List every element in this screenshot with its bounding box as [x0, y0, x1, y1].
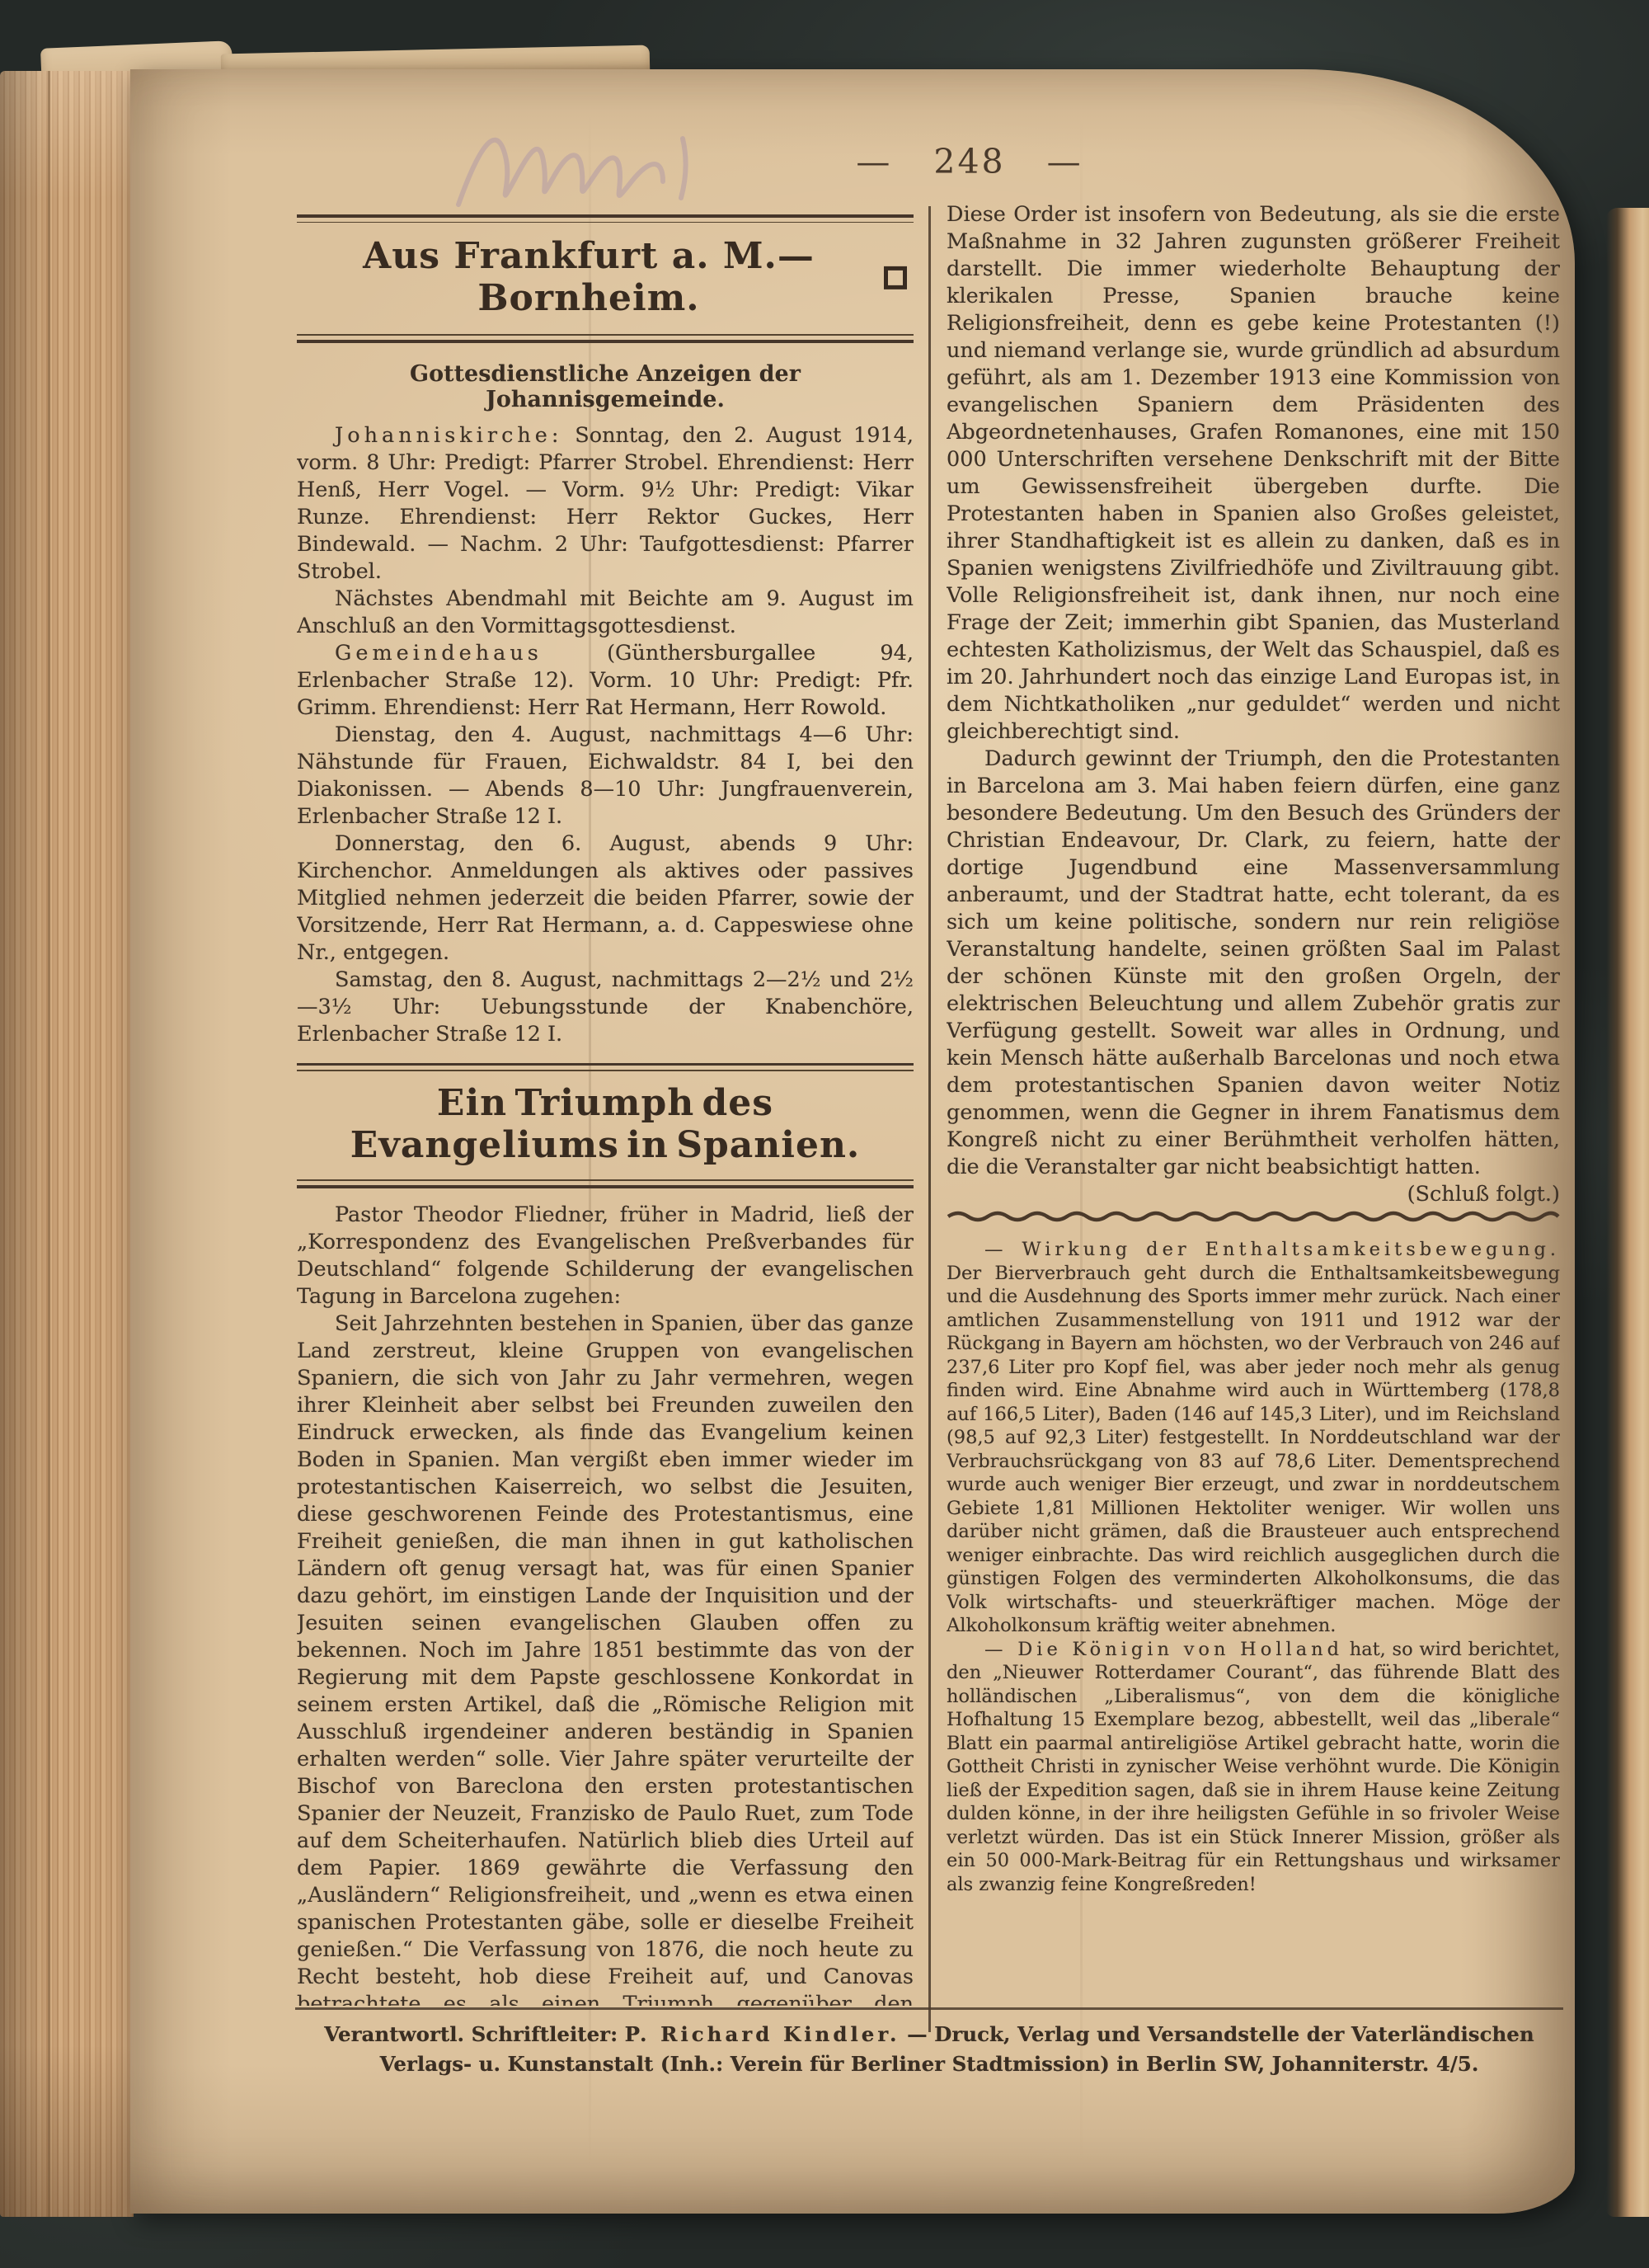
book-photograph: — 248 — Aus Frankfurt a. M.—Bornheim. Go…	[0, 0, 1649, 2268]
paragraph: Donnerstag, den 6. August, abends 9 Uhr:…	[297, 831, 914, 967]
spaced-lead: — Die Königin von Holland	[984, 1639, 1343, 1660]
header-rule-thick	[297, 214, 914, 218]
header-rule-thick	[297, 340, 914, 343]
paragraph: Johanniskirche: Sonntag, den 2. August 1…	[297, 422, 914, 586]
page-number: — 248 —	[813, 142, 1126, 181]
paragraph-text: Der Bierverbrauch geht durch die Enthalt…	[947, 1263, 1560, 1637]
church-notices-subtitle: Gottesdienstliche Anzeigen der Johannisg…	[297, 361, 914, 412]
section-header-frankfurt: Aus Frankfurt a. M.—Bornheim.	[297, 214, 914, 343]
paragraph-text: Diese Order ist insofern von Bedeutung, …	[947, 202, 1560, 744]
left-column: Aus Frankfurt a. M.—Bornheim. Gottesdien…	[297, 214, 914, 2006]
paragraph: Dadurch gewinnt der Triumph, den die Pro…	[947, 746, 1560, 1181]
paragraph-text: Dienstag, den 4. August, nachmittags 4—6…	[297, 722, 914, 829]
paragraph-text: Seit Jahrzehnten bestehen in Spanien, üb…	[297, 1311, 914, 2006]
paragraph: Diese Order ist insofern von Bedeutung, …	[947, 201, 1560, 746]
book-page-edges	[0, 71, 134, 2217]
paragraph: Samstag, den 8. August, nachmittags 2—2½…	[297, 967, 914, 1048]
spaced-lead: — Wirkung der Enthaltsamkeitsbewegung.	[984, 1239, 1560, 1260]
adjacent-page-edge	[1606, 208, 1649, 2217]
paragraph: Dienstag, den 4. August, nachmittags 4—6…	[297, 722, 914, 831]
section-title: Aus Frankfurt a. M.—Bornheim.	[297, 223, 914, 334]
paragraph-text: Donnerstag, den 6. August, abends 9 Uhr:…	[297, 831, 914, 965]
imprint-prefix: Verantwortl. Schriftleiter:	[324, 2022, 624, 2046]
imprint-line-2: Verlags- u. Kunstanstalt (Inh.: Verein f…	[295, 2049, 1563, 2079]
footer-rule	[295, 2007, 1563, 2010]
header-rule-thick	[297, 1063, 914, 1066]
imprint-line-1: Verantwortl. Schriftleiter: P. Richard K…	[295, 2020, 1563, 2049]
header-rule-thick	[297, 1185, 914, 1188]
footer-imprint: Verantwortl. Schriftleiter: P. Richard K…	[295, 2007, 1563, 2079]
paragraph: Seit Jahrzehnten bestehen in Spanien, üb…	[297, 1310, 914, 2006]
header-rule-thin	[297, 1179, 914, 1181]
paragraph-text: Nächstes Abendmahl mit Beichte am 9. Aug…	[297, 586, 914, 638]
paragraph-text: hat, so wird berichtet, den „Nieuwer Rot…	[947, 1639, 1560, 1895]
section-header-spanien: Ein Triumph des Evangeliums in Spanien.	[297, 1063, 914, 1188]
paragraph-text: Samstag, den 8. August, nachmittags 2—2½…	[297, 967, 914, 1047]
section-title: Ein Triumph des Evangeliums in Spanien.	[297, 1071, 914, 1179]
spaced-lead: Gemeindehaus	[335, 641, 543, 666]
news-note: — Die Königin von Holland hat, so wird b…	[947, 1638, 1560, 1897]
continuation-notice: (Schluß folgt.)	[1369, 1181, 1560, 1208]
column-divider-rule	[928, 206, 931, 2032]
news-note: — Wirkung der Enthaltsamkeitsbewegung. D…	[947, 1238, 1560, 1638]
square-ornament-icon	[884, 266, 907, 289]
right-column: Diese Order ist insofern von Bedeutung, …	[947, 201, 1560, 2004]
imprint-suffix: — Druck, Verlag und Versandstelle der Va…	[900, 2022, 1534, 2046]
page-edge-shadow-line	[48, 71, 50, 2217]
section-title-text: Ein Triumph des Evangeliums in Spanien.	[350, 1082, 861, 1166]
paragraph-text: Dadurch gewinnt der Triumph, den die Pro…	[947, 746, 1560, 1179]
spaced-lead: Johanniskirche:	[335, 423, 562, 448]
paragraph: Nächstes Abendmahl mit Beichte am 9. Aug…	[297, 586, 914, 640]
header-rule-thin	[297, 334, 914, 336]
section-title-text: Aus Frankfurt a. M.—Bornheim.	[363, 235, 815, 319]
newspaper-page: — 248 — Aus Frankfurt a. M.—Bornheim. Go…	[130, 69, 1575, 2214]
editor-name: P. Richard Kindler.	[625, 2022, 900, 2046]
paragraph-text: Pastor Theodor Fliedner, früher in Madri…	[297, 1202, 914, 1309]
paragraph: Gemeindehaus (Günthersburgallee 94, Erle…	[297, 640, 914, 722]
paragraph: Pastor Theodor Fliedner, früher in Madri…	[297, 1202, 914, 1310]
